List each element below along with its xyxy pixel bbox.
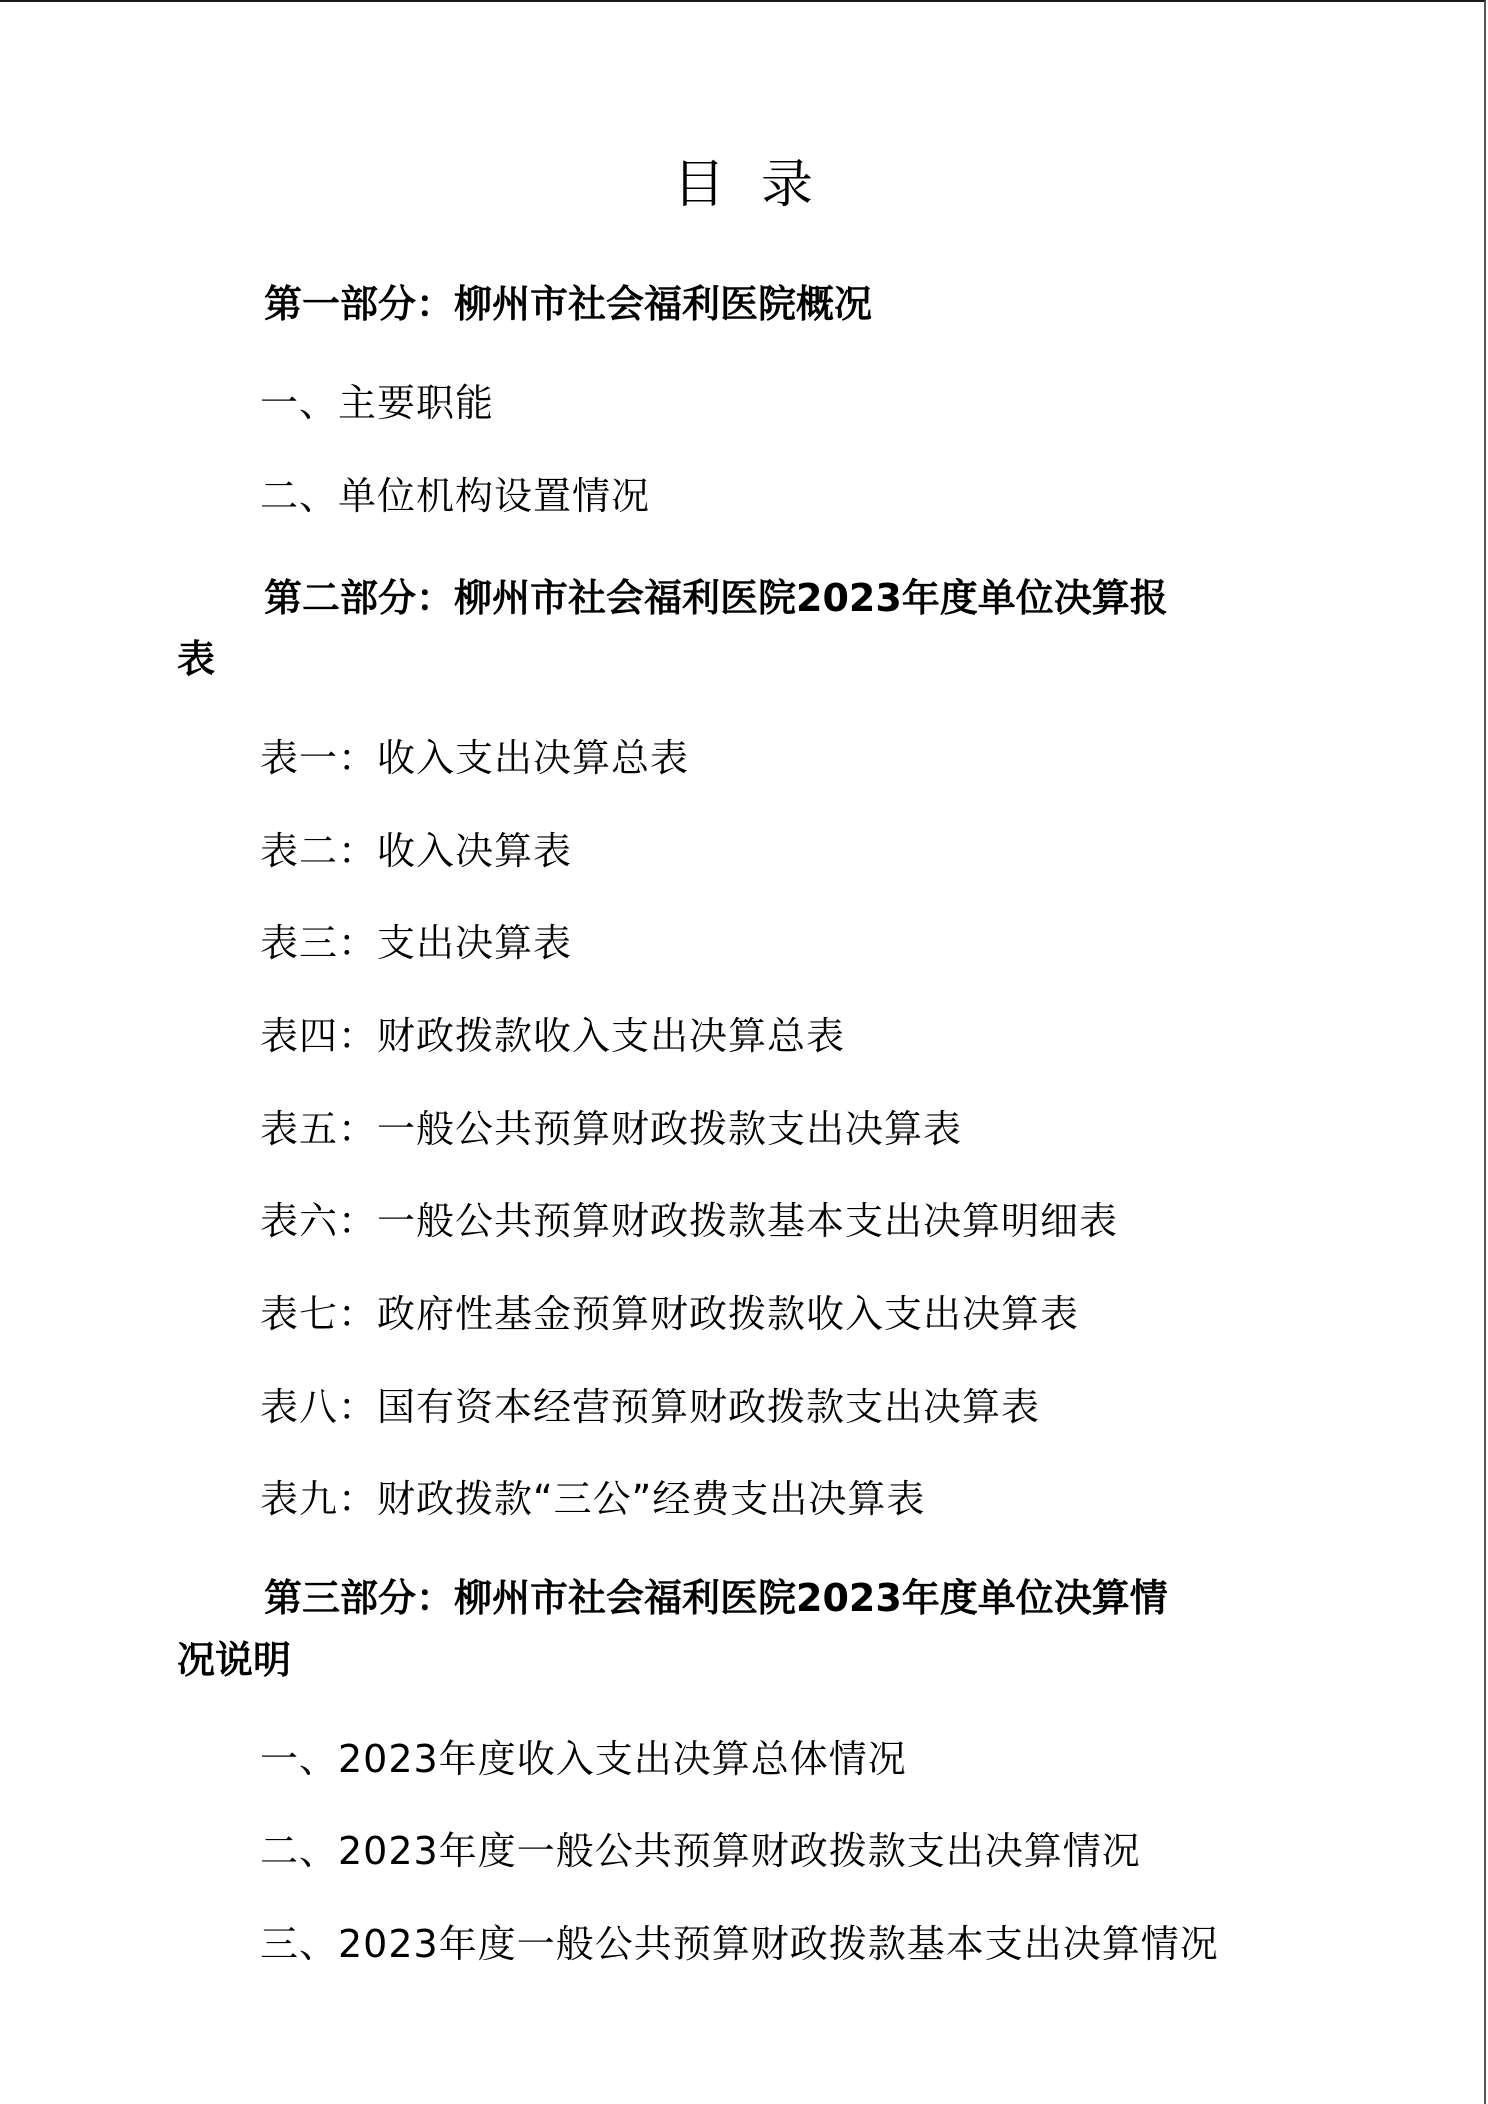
section-heading-part-1: 第一部分：柳州市社会福利医院概况 [264,279,872,329]
title-char-1: 目 [673,155,725,215]
toc-item-table-9[interactable]: 表九：财政拨款“三公”经费支出决算表 [260,1474,925,1524]
toc-item-table-8[interactable]: 表八：国有资本经营预算财政拨款支出决算表 [260,1382,1040,1432]
section-heading-part-3: 第三部分：柳州市社会福利医院2023年度单位决算情 [264,1573,1168,1623]
toc-item-basic-expenditure[interactable]: 三、2023年度一般公共预算财政拨款基本支出决算情况 [260,1919,1219,1969]
toc-item-table-2[interactable]: 表二：收入决算表 [260,826,572,876]
toc-item-table-7[interactable]: 表七：政府性基金预算财政拨款收入支出决算表 [260,1289,1079,1339]
title-char-2: 录 [761,155,813,215]
toc-item-main-functions[interactable]: 一、主要职能 [260,378,494,428]
toc-item-table-5[interactable]: 表五：一般公共预算财政拨款支出决算表 [260,1104,962,1154]
section-heading-part-2-cont: 表 [177,634,215,684]
page-title: 目录 [0,150,1486,220]
toc-item-table-1[interactable]: 表一：收入支出决算总表 [260,733,689,783]
document-page: 目录 第一部分：柳州市社会福利医院概况 一、主要职能 二、单位机构设置情况 第二… [0,0,1486,2104]
toc-item-general-expenditure[interactable]: 二、2023年度一般公共预算财政拨款支出决算情况 [260,1826,1141,1876]
toc-item-org-structure[interactable]: 二、单位机构设置情况 [260,471,650,521]
toc-item-table-3[interactable]: 表三：支出决算表 [260,918,572,968]
toc-item-table-6[interactable]: 表六：一般公共预算财政拨款基本支出决算明细表 [260,1196,1118,1246]
section-heading-part-3-cont: 况说明 [177,1635,291,1685]
toc-item-table-4[interactable]: 表四：财政拨款收入支出决算总表 [260,1011,845,1061]
toc-item-overall-budget[interactable]: 一、2023年度收入支出决算总体情况 [260,1734,907,1784]
section-heading-part-2: 第二部分：柳州市社会福利医院2023年度单位决算报 [264,573,1168,623]
